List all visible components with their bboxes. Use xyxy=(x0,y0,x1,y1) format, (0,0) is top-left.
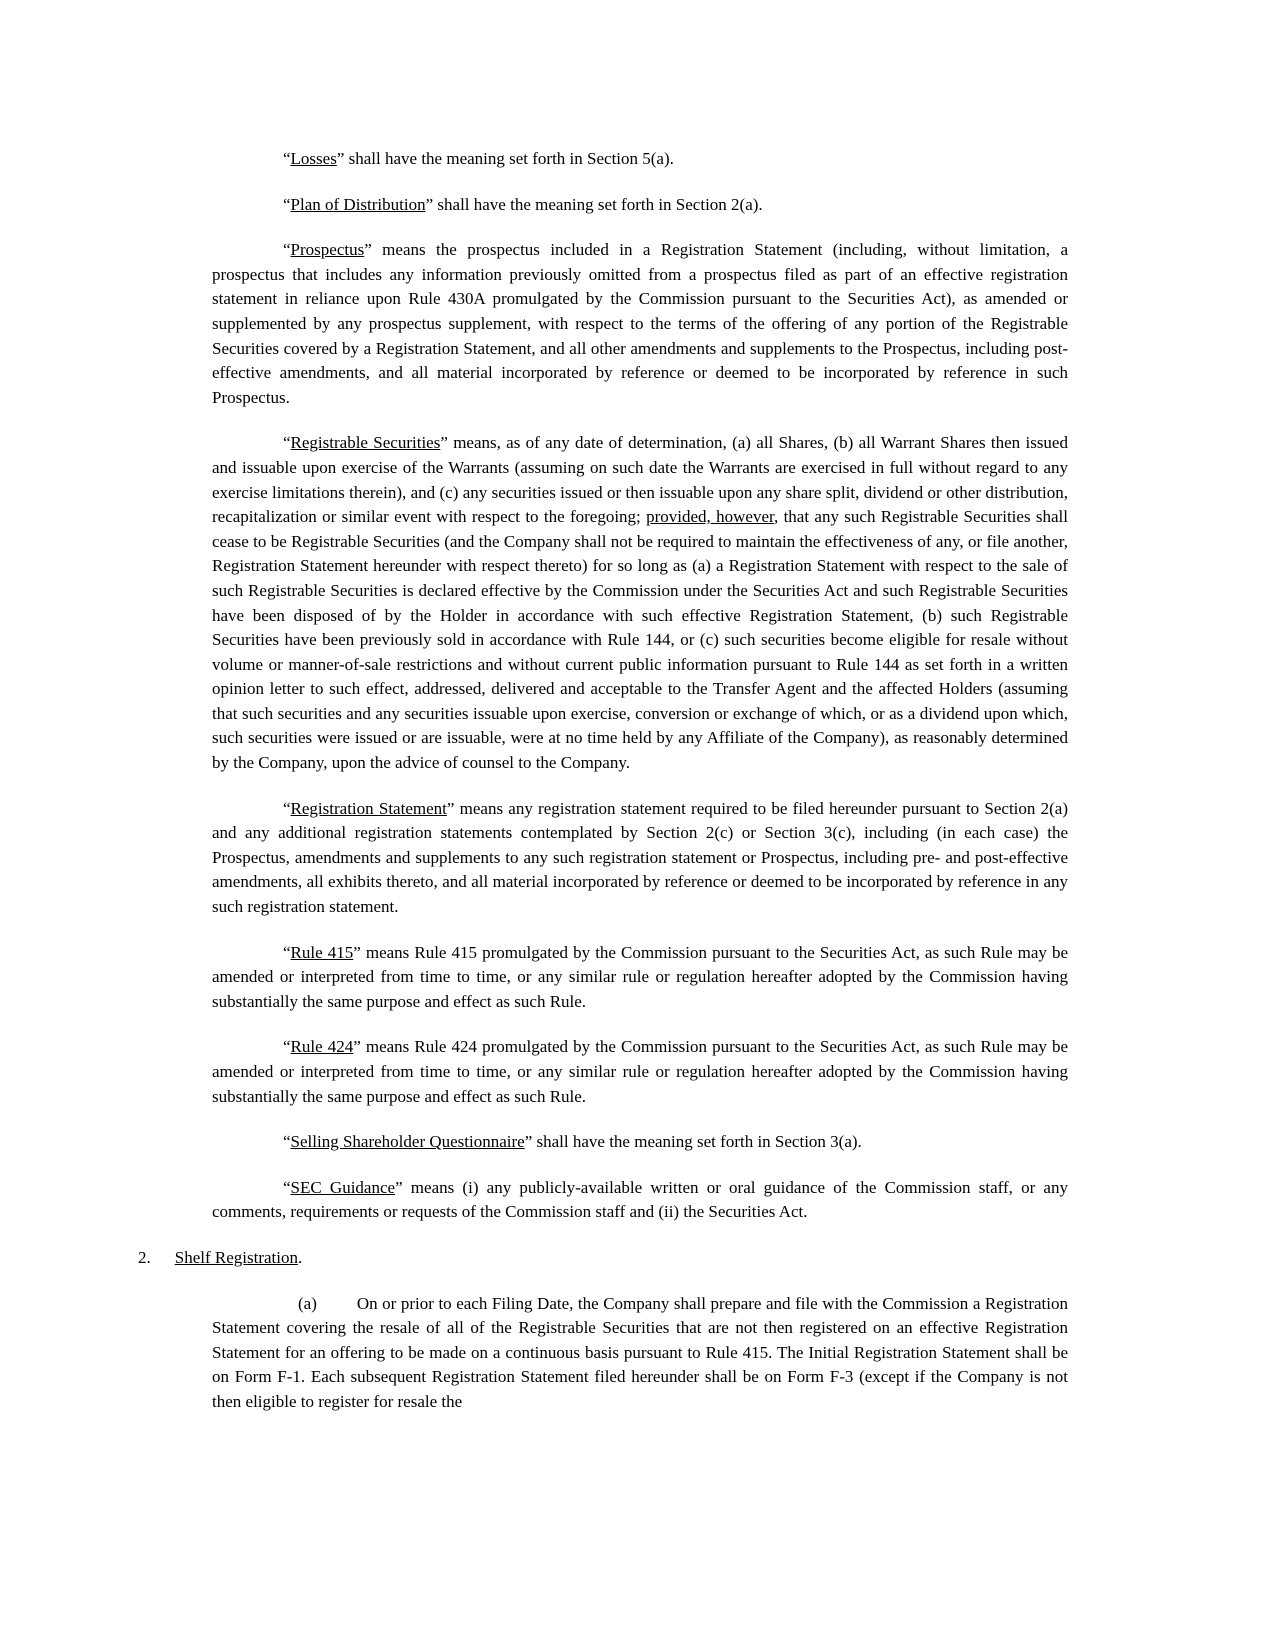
tab-space xyxy=(151,1262,175,1263)
text-run: “ xyxy=(283,1178,291,1197)
tab-space xyxy=(317,1308,357,1309)
text-run: “ xyxy=(283,943,291,962)
underlined-term: Shelf Registration xyxy=(175,1248,298,1267)
underlined-term: Selling Shareholder Questionnaire xyxy=(291,1132,525,1151)
text-run: “ xyxy=(283,195,291,214)
underlined-term: provided, however xyxy=(646,507,774,526)
selling-shareholder-questionnaire-definition: “Selling Shareholder Questionnaire” shal… xyxy=(212,1130,1068,1155)
document-content: “Losses” shall have the meaning set fort… xyxy=(138,147,1068,1436)
underlined-term: SEC Guidance xyxy=(291,1178,396,1197)
prospectus-definition: “Prospectus” means the prospectus includ… xyxy=(212,238,1068,410)
registrable-securities-definition: “Registrable Securities” means, as of an… xyxy=(212,431,1068,775)
underlined-term: Registrable Securities xyxy=(291,433,441,452)
rule-424-definition: “Rule 424” means Rule 424 promulgated by… xyxy=(212,1035,1068,1109)
rule-415-definition: “Rule 415” means Rule 415 promulgated by… xyxy=(212,941,1068,1015)
underlined-term: Prospectus xyxy=(291,240,365,259)
text-run: “ xyxy=(283,1037,291,1056)
plan-of-distribution-definition: “Plan of Distribution” shall have the me… xyxy=(212,193,1068,218)
sec-guidance-definition: “SEC Guidance” means (i) any publicly-av… xyxy=(212,1176,1068,1225)
text-run: ” shall have the meaning set forth in Se… xyxy=(426,195,763,214)
registration-statement-definition: “Registration Statement” means any regis… xyxy=(212,797,1068,920)
text-run: “ xyxy=(283,240,291,259)
underlined-term: Rule 424 xyxy=(291,1037,354,1056)
text-run: ” shall have the meaning set forth in Se… xyxy=(337,149,674,168)
underlined-term: Losses xyxy=(291,149,337,168)
underlined-term: Rule 415 xyxy=(291,943,354,962)
text-run: , that any such Registrable Securities s… xyxy=(212,507,1068,772)
document-page: “Losses” shall have the meaning set fort… xyxy=(0,0,1275,1650)
losses-definition: “Losses” shall have the meaning set fort… xyxy=(212,147,1068,172)
text-run: (a) xyxy=(298,1294,317,1313)
text-run: ” shall have the meaning set forth in Se… xyxy=(525,1132,862,1151)
text-run: On or prior to each Filing Date, the Com… xyxy=(212,1294,1068,1411)
underlined-term: Registration Statement xyxy=(291,799,447,818)
text-run: “ xyxy=(283,799,291,818)
text-run: 2. xyxy=(138,1248,151,1267)
underlined-term: Plan of Distribution xyxy=(291,195,426,214)
text-run: “ xyxy=(283,433,291,452)
text-run: ” means the prospectus included in a Reg… xyxy=(212,240,1068,407)
text-run: . xyxy=(298,1248,302,1267)
text-run: “ xyxy=(283,149,291,168)
shelf-registration-para-a: (a)On or prior to each Filing Date, the … xyxy=(212,1292,1068,1415)
shelf-registration-heading: 2.Shelf Registration. xyxy=(138,1246,1068,1271)
text-run: “ xyxy=(283,1132,291,1151)
